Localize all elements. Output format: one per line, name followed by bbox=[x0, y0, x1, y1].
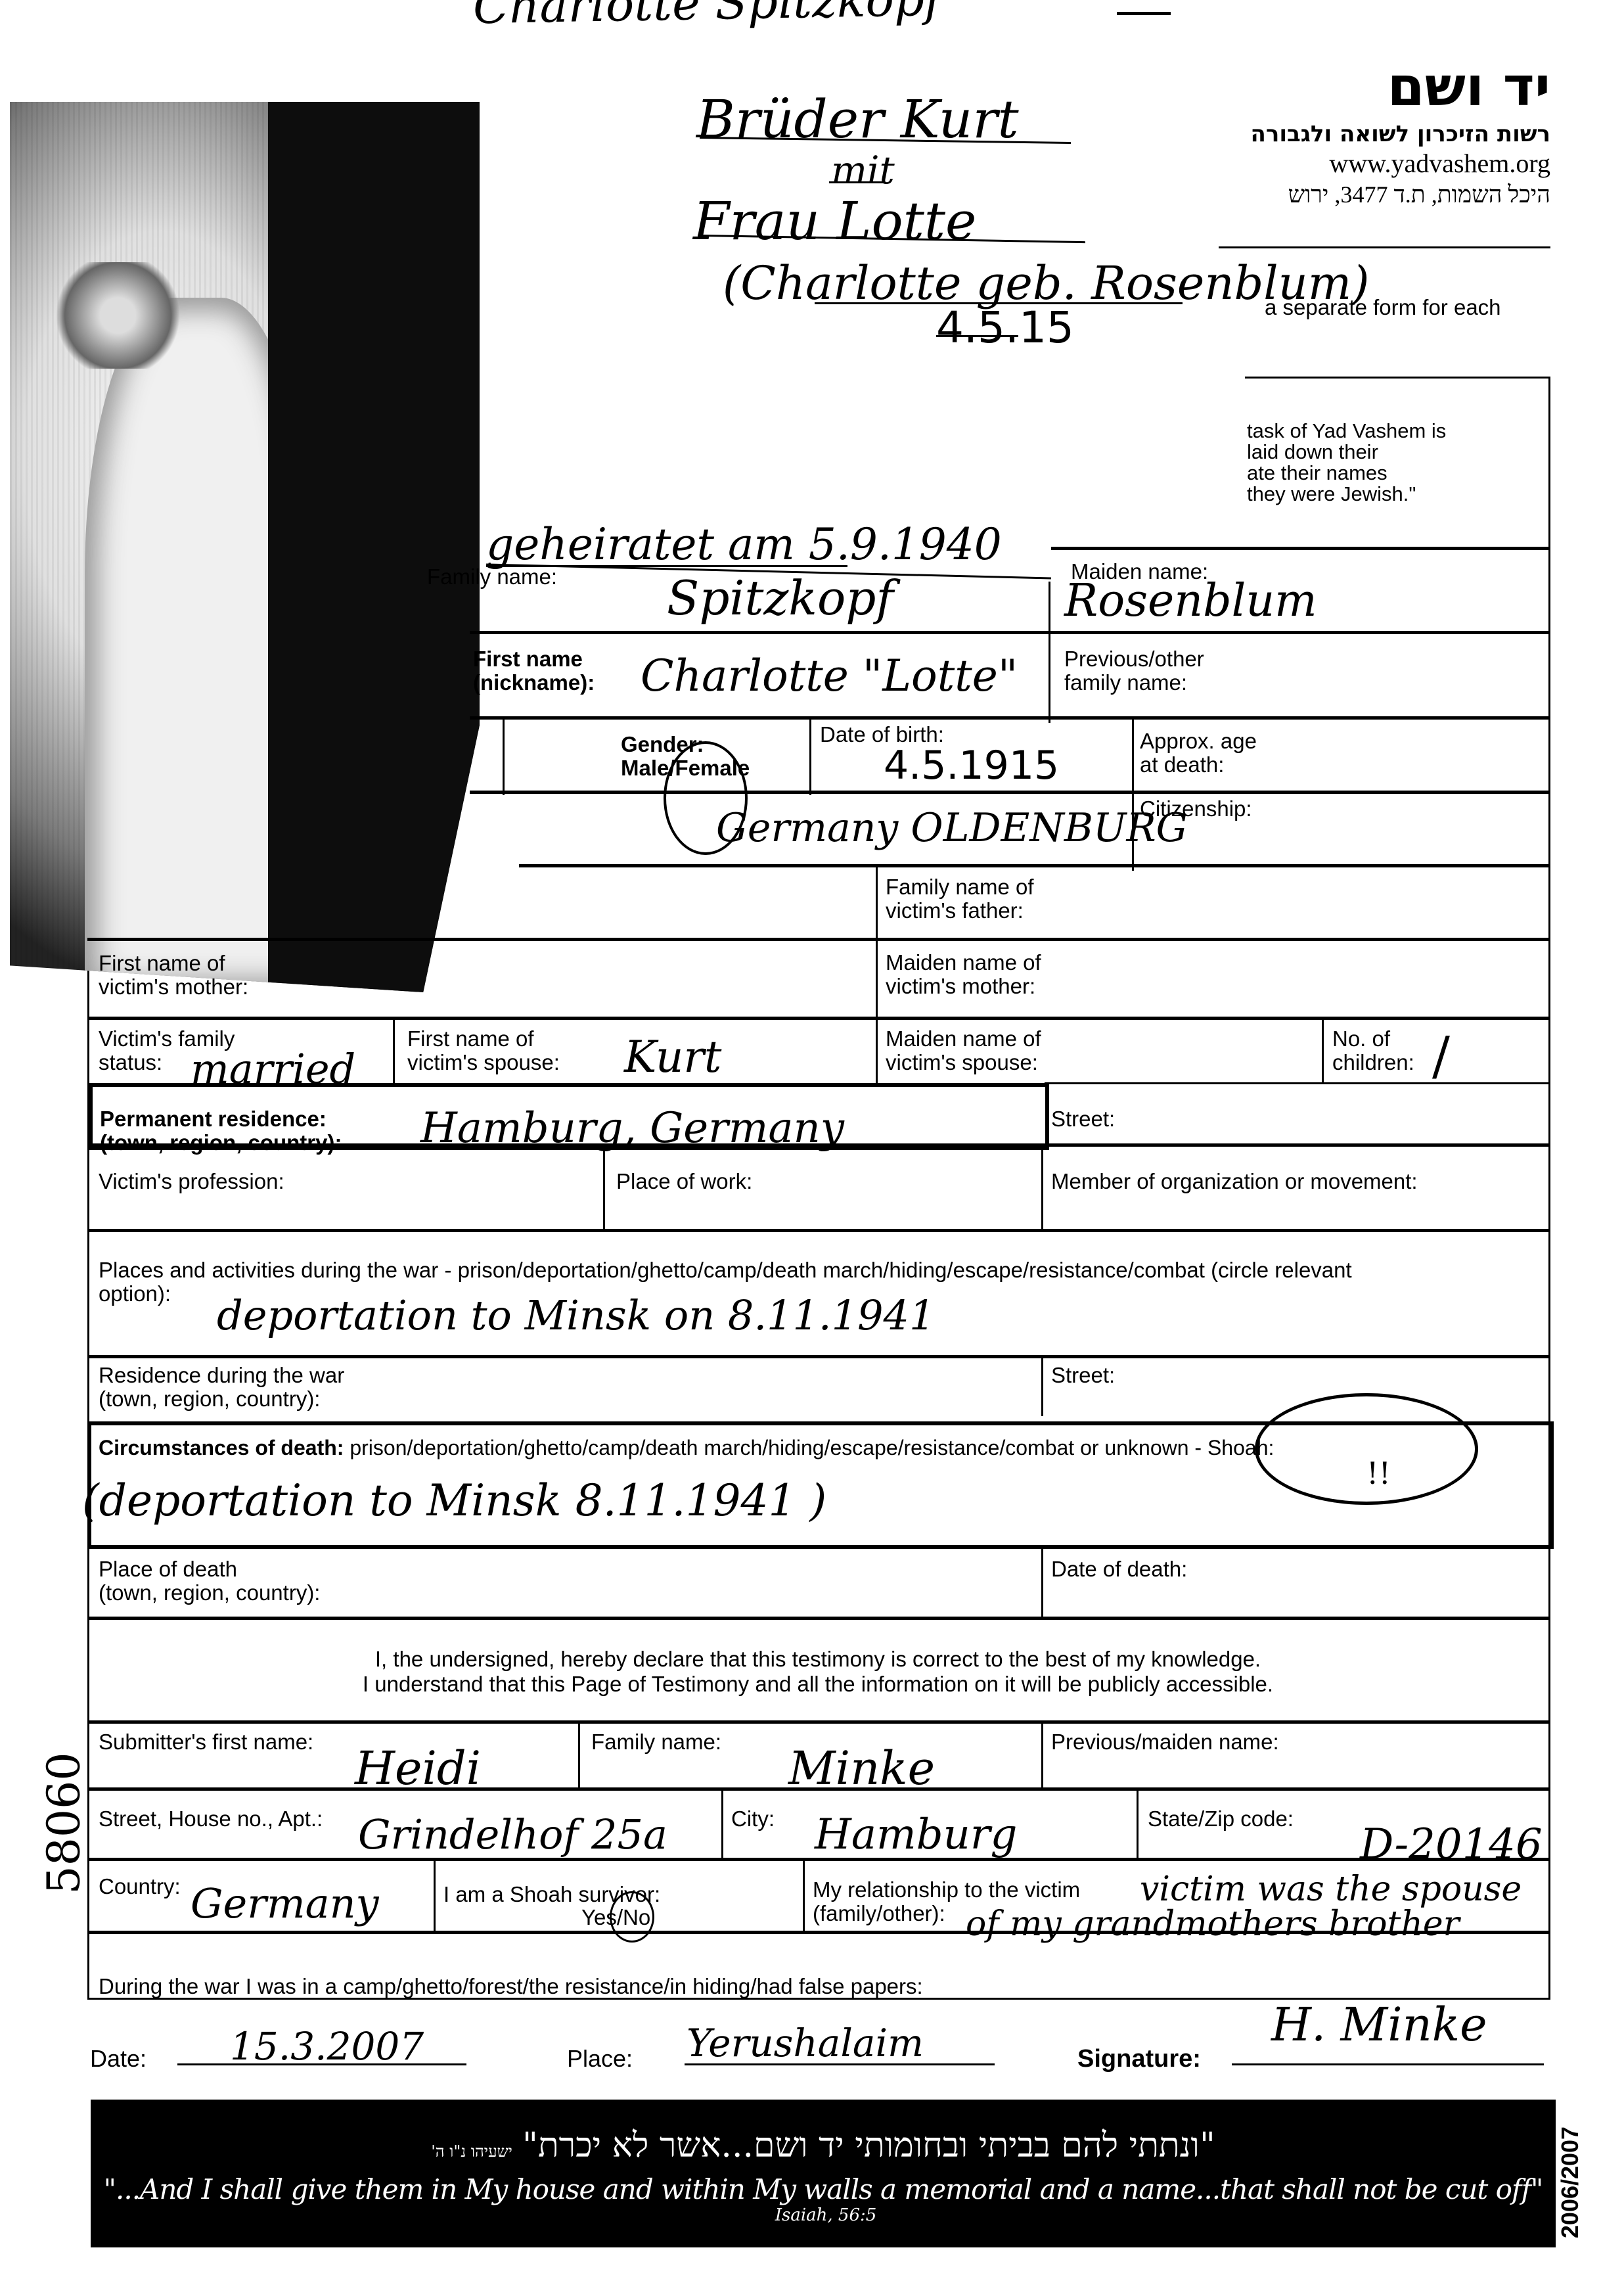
submitter-maiden-label: Previous/maiden name: bbox=[1051, 1730, 1279, 1754]
submitter-family-name-label: Family name: bbox=[591, 1730, 721, 1754]
shoah-mark: !! bbox=[1366, 1456, 1391, 1491]
death-circumstances-label-rest: prison/deportation/ghetto/camp/death mar… bbox=[344, 1436, 1274, 1460]
father-family-label-2: victim's father: bbox=[886, 898, 1024, 923]
row-line-country bbox=[87, 1858, 1550, 1861]
previous-name-label-1: Previous/other bbox=[1064, 647, 1204, 671]
row-line-address bbox=[87, 1787, 1550, 1791]
first-name-label-2: (nickname): bbox=[473, 670, 595, 695]
victim-place-of-birth[interactable]: Germany OLDENBURG bbox=[716, 805, 1188, 851]
photo-bouquet bbox=[47, 262, 189, 369]
divider-gender-left bbox=[503, 720, 505, 795]
mother-maiden-label-1: Maiden name of bbox=[886, 950, 1041, 975]
divider-family-maiden bbox=[1049, 582, 1050, 723]
row-top-line-family bbox=[1051, 547, 1550, 550]
quote-line-3: ate their names bbox=[1247, 461, 1387, 485]
war-residence-label-2: (town, region, country): bbox=[99, 1387, 320, 1411]
place-underline bbox=[685, 2063, 995, 2065]
father-family-label-1: Family name of bbox=[886, 875, 1034, 899]
archive-number: 58060 bbox=[39, 1752, 91, 1894]
annotation-mit-underline bbox=[829, 181, 885, 183]
age-label-1: Approx. age bbox=[1140, 729, 1257, 753]
citizenship-label: Citizenship: bbox=[1140, 797, 1252, 821]
residence-label-2: (town, region, country): bbox=[100, 1130, 342, 1155]
victim-family-name[interactable]: Spitzkopf bbox=[667, 570, 893, 626]
death-circumstances-label-bold: Circumstances of death: bbox=[99, 1436, 344, 1460]
mother-maiden-label: Maiden name ofvictim's mother: bbox=[886, 951, 1041, 998]
submitter-country-label: Country: bbox=[99, 1875, 181, 1898]
children-label: No. ofchildren: bbox=[1332, 1027, 1414, 1074]
submission-place[interactable]: Yerushalaim bbox=[687, 2021, 924, 2065]
row-line-birthplace bbox=[470, 791, 1550, 794]
row-line-residence-right bbox=[1045, 1082, 1550, 1084]
footer-english-quote: "...And I shall give them in My house an… bbox=[104, 2173, 1543, 2205]
father-family-label: Family name ofvictim's father: bbox=[886, 875, 1034, 923]
submitter-zip[interactable]: D-20146 bbox=[1360, 1820, 1543, 1869]
victim-maiden-name[interactable]: Rosenblum bbox=[1064, 575, 1317, 627]
divider-father bbox=[876, 866, 878, 1027]
relationship-label-1: My relationship to the victim bbox=[813, 1877, 1080, 1902]
submitter-street[interactable]: Grindelhof 25a bbox=[358, 1810, 667, 1858]
mother-maiden-label-2: victim's mother: bbox=[886, 974, 1035, 998]
first-name-label: First name(nickname): bbox=[473, 647, 595, 695]
yad-vashem-logo: יד ושם bbox=[1387, 58, 1550, 117]
spouse-first-label: First name ofvictim's spouse: bbox=[407, 1027, 560, 1074]
residence-label-1: Permanent residence: bbox=[100, 1107, 327, 1131]
footer-hebrew-row: "ונתתי להם בביתי ובחומותי יד ושם...אשר ל… bbox=[91, 2126, 1556, 2165]
row-line-declaration bbox=[87, 1617, 1550, 1620]
war-street-label: Street: bbox=[1051, 1364, 1115, 1387]
divider-work-member bbox=[1041, 1147, 1043, 1229]
spouse-maiden-label-2: victim's spouse: bbox=[886, 1050, 1038, 1074]
previous-name-label-2: family name: bbox=[1064, 670, 1187, 695]
relationship-line-1[interactable]: victim was the spouse bbox=[1140, 1870, 1522, 1909]
date-underline bbox=[177, 2063, 466, 2065]
member-label: Member of organization or movement: bbox=[1051, 1170, 1418, 1193]
spouse-first-name[interactable]: Kurt bbox=[624, 1032, 721, 1082]
footer-hebrew-quote: "ונתתי להם בביתי ובחומותי יד ושם...אשר ל… bbox=[522, 2126, 1215, 2165]
war-residence-label: Residence during the war(town, region, c… bbox=[99, 1364, 344, 1411]
age-label: Approx. ageat death: bbox=[1140, 729, 1257, 777]
children-label-1: No. of bbox=[1332, 1026, 1390, 1051]
photo-suit bbox=[268, 102, 480, 992]
divider-city-zip bbox=[1137, 1789, 1139, 1858]
spouse-first-label-1: First name of bbox=[407, 1026, 534, 1051]
residence-label: Permanent residence:(town, region, count… bbox=[100, 1107, 342, 1155]
children-label-2: children: bbox=[1332, 1050, 1414, 1074]
during-war-label: During the war I was in a camp/ghetto/fo… bbox=[99, 1975, 923, 1998]
row-line-firstname bbox=[470, 631, 1550, 634]
activities-label-1: Places and activities during the war - p… bbox=[99, 1258, 1352, 1282]
submitter-first-name-label: Submitter's first name: bbox=[99, 1730, 313, 1754]
victim-first-name[interactable]: Charlotte "Lotte" bbox=[641, 651, 1018, 701]
spouse-maiden-label-1: Maiden name of bbox=[886, 1026, 1041, 1051]
divider-profession-work bbox=[603, 1147, 605, 1229]
street-label: Street: bbox=[1051, 1107, 1115, 1131]
mother-first-label-2: victim's mother: bbox=[99, 975, 248, 999]
annotation-maiden-date: 4.5.15 bbox=[936, 302, 1074, 353]
submitter-street-label: Street, House no., Apt.: bbox=[99, 1807, 323, 1831]
top-dash bbox=[1117, 12, 1171, 15]
org-hebrew-subtitle: רשות הזיכרון לשואה ולגבורה bbox=[1250, 121, 1550, 147]
footer-hebrew-ref: ישעיהו נ"ו ה' bbox=[431, 2142, 512, 2161]
date-label: Date: bbox=[90, 2047, 147, 2071]
footer-english-row: "...And I shall give them in My house an… bbox=[91, 2173, 1556, 2225]
quote-line-1: task of Yad Vashem is bbox=[1247, 419, 1446, 443]
victim-activities[interactable]: deportation to Minsk on 8.11.1941 bbox=[217, 1291, 935, 1339]
death-place-label-2: (town, region, country): bbox=[99, 1580, 320, 1605]
divider-sub-family-maiden bbox=[1041, 1722, 1043, 1787]
survivor-no-circle bbox=[610, 1891, 654, 1943]
header-divider bbox=[1219, 246, 1550, 248]
previous-name-label: Previous/otherfamily name: bbox=[1064, 647, 1204, 695]
submitter-zip-label: State/Zip code: bbox=[1148, 1807, 1294, 1831]
death-place-label: Place of death(town, region, country): bbox=[99, 1557, 320, 1605]
children-count[interactable]: / bbox=[1432, 1025, 1450, 1086]
annotation-maiden-date-underline bbox=[936, 335, 1018, 337]
victim-death-circumstances[interactable]: (deportation to Minsk 8.11.1941 ) bbox=[82, 1475, 826, 1526]
spouse-first-label-2: victim's spouse: bbox=[407, 1050, 560, 1074]
death-place-label-1: Place of death bbox=[99, 1557, 237, 1581]
activities-label-2: option): bbox=[99, 1281, 171, 1306]
row-line-submitter bbox=[87, 1720, 1550, 1724]
first-name-label-1: First name bbox=[473, 647, 583, 671]
annotation-mit: mit bbox=[831, 148, 895, 193]
divider-maiden-children bbox=[1322, 1019, 1324, 1084]
website-link[interactable]: www.yadvashem.org bbox=[1329, 148, 1550, 179]
quote-line-2: laid down their bbox=[1247, 440, 1378, 464]
wedding-photo bbox=[10, 102, 480, 992]
footer-english-ref: Isaiah, 56:5 bbox=[775, 2205, 877, 2225]
form-right-border bbox=[1548, 549, 1550, 1998]
death-circumstances-label: Circumstances of death: prison/deportati… bbox=[99, 1436, 1274, 1460]
annotation-top-name: Charlotte Spitzkopf bbox=[472, 0, 942, 34]
divider-survivor-relationship bbox=[803, 1860, 805, 1932]
quote-line-4: they were Jewish." bbox=[1247, 482, 1416, 506]
family-name-label: Family name: bbox=[427, 565, 557, 589]
divider-war-street bbox=[1041, 1357, 1043, 1416]
row-line-activities bbox=[87, 1229, 1550, 1232]
footer-quote-band: "ונתתי להם בביתי ובחומותי יד ושם...אשר ל… bbox=[91, 2100, 1556, 2247]
divider-status-spouse bbox=[393, 1019, 395, 1084]
divider-spouse-maiden bbox=[876, 1019, 878, 1084]
row-line-profession bbox=[87, 1143, 1550, 1147]
row-line-gender bbox=[470, 716, 1550, 720]
divider-death-place-date bbox=[1041, 1546, 1043, 1618]
place-label: Place: bbox=[567, 2047, 633, 2071]
quote-line-3-text: ate their names bbox=[1247, 461, 1387, 484]
signature-label: Signature: bbox=[1077, 2047, 1201, 2071]
mother-first-label: First name ofvictim's mother: bbox=[99, 952, 248, 999]
submitter-country[interactable]: Germany bbox=[191, 1879, 379, 1927]
submitter-city-label: City: bbox=[731, 1807, 775, 1831]
divider-sub-first-family bbox=[578, 1722, 580, 1787]
signature-underline bbox=[1232, 2063, 1544, 2065]
war-residence-label-1: Residence during the war bbox=[99, 1363, 344, 1387]
divider-gender-dob bbox=[809, 720, 811, 795]
family-status-label-2: status: bbox=[99, 1050, 162, 1074]
victim-dob[interactable]: 4.5.1915 bbox=[884, 743, 1059, 789]
row-line-during-war bbox=[87, 1931, 1550, 1934]
spouse-maiden-label: Maiden name ofvictim's spouse: bbox=[886, 1027, 1041, 1074]
submission-date[interactable]: 15.3.2007 bbox=[230, 2024, 424, 2069]
mother-first-label-1: First name of bbox=[99, 951, 225, 975]
form-version: 2006/2007 bbox=[1556, 2127, 1584, 2238]
relationship-line-2[interactable]: of my grandmothers brother bbox=[966, 1904, 1460, 1944]
row-line-status bbox=[87, 1017, 1550, 1020]
annotation-frau: Frau Lotte bbox=[693, 191, 976, 252]
death-date-label: Date of death: bbox=[1051, 1557, 1187, 1581]
row-line-father bbox=[519, 864, 1550, 867]
declaration-line-1: I, the undersigned, hereby declare that … bbox=[0, 1647, 1624, 1671]
profession-label: Victim's profession: bbox=[99, 1170, 284, 1193]
divider-country-survivor bbox=[434, 1860, 436, 1932]
submitter-city[interactable]: Hamburg bbox=[815, 1810, 1017, 1859]
relationship-label-2: (family/other): bbox=[813, 1901, 945, 1925]
annotation-married: geheiratet am 5.9.1940 bbox=[486, 519, 1002, 570]
work-label: Place of work: bbox=[616, 1170, 752, 1193]
signature[interactable]: H. Minke bbox=[1271, 1998, 1487, 2052]
address-hebrew: היכל השמות, ת.ד 3477, ירוש bbox=[1288, 181, 1550, 208]
divider-street-city bbox=[721, 1789, 723, 1858]
age-label-2: at death: bbox=[1140, 752, 1224, 777]
declaration-line-2: I understand that this Page of Testimony… bbox=[0, 1672, 1624, 1696]
row-line-war-residence bbox=[87, 1355, 1550, 1358]
row-line-mother bbox=[87, 938, 1550, 941]
